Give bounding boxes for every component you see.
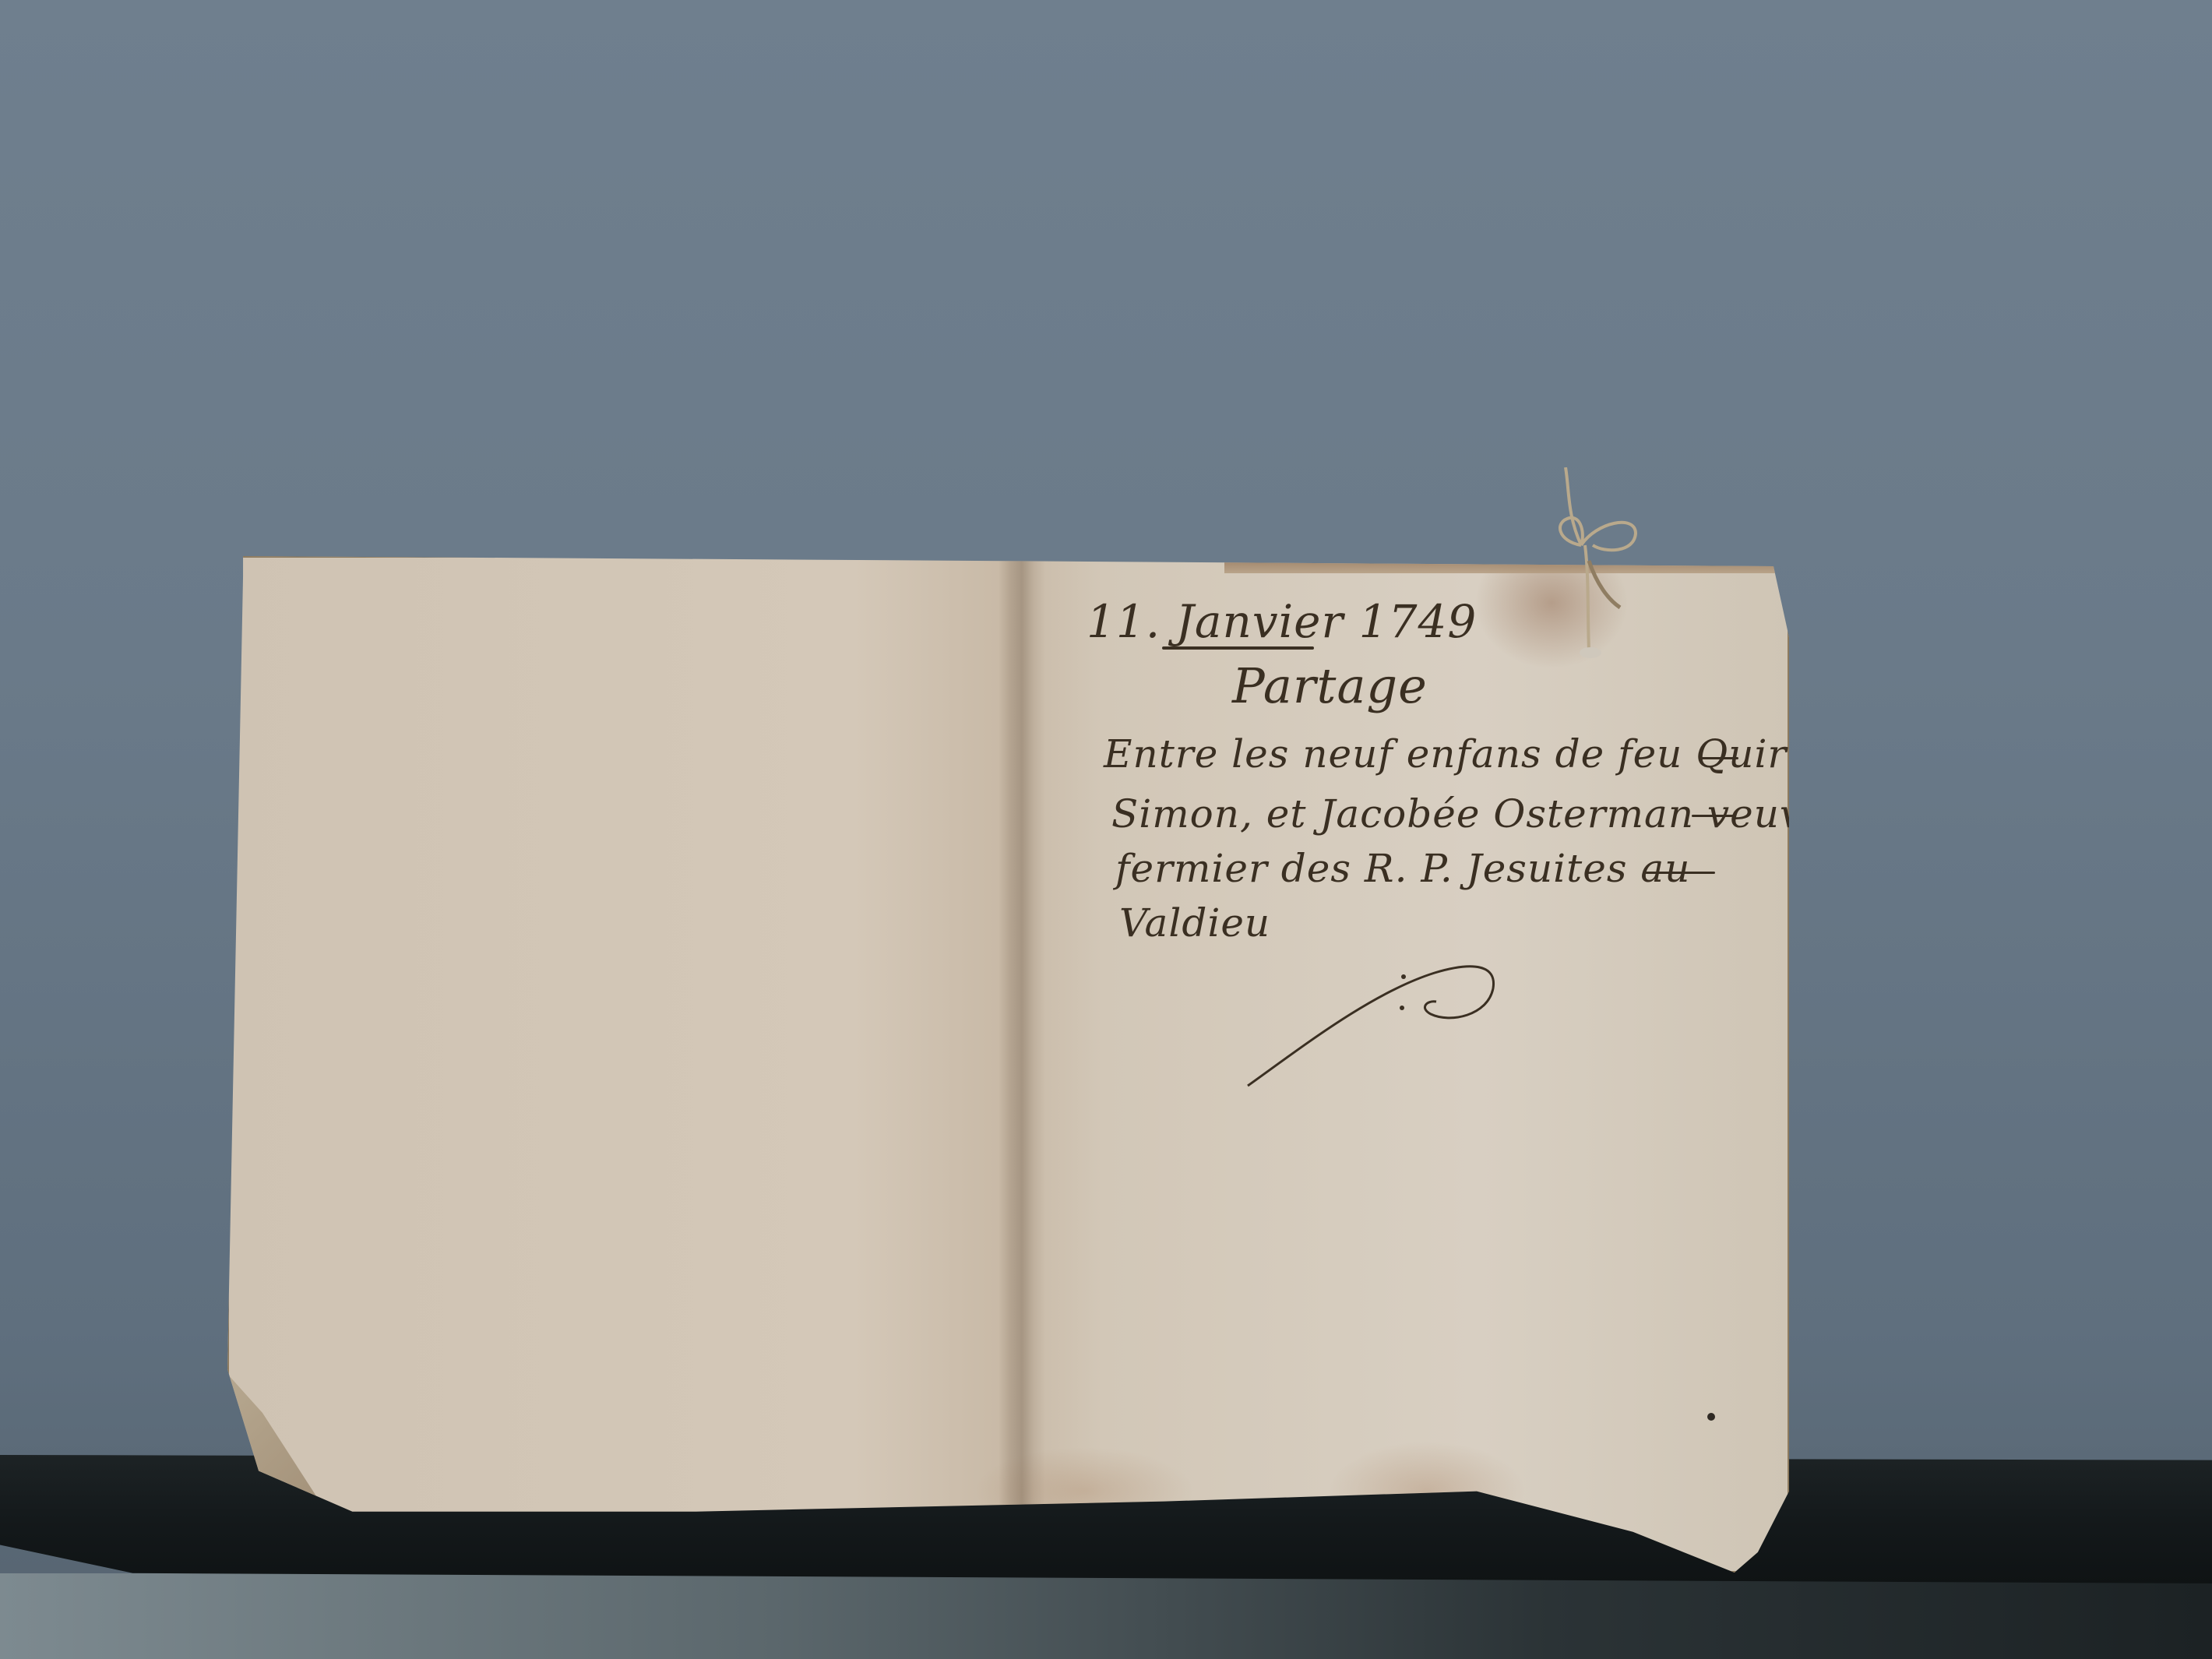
body-line-3: fermier des R. P. Jesuites au — [1115, 846, 1690, 891]
body-line-2: Simon, et Jacobée Osterman veuve — [1111, 791, 1826, 837]
body-line-4: Valdieu — [1119, 900, 1270, 946]
date-underline — [1162, 646, 1314, 650]
manuscript-document: 11. Janvier 1749 Partage Entre les neuf … — [227, 556, 1789, 1573]
ink-spot — [1707, 1413, 1715, 1421]
line-end-dash — [1645, 872, 1715, 874]
document-title: Partage — [1232, 657, 1428, 714]
paraph-signature-icon — [1240, 946, 1505, 1094]
floor-surface — [0, 1573, 2212, 1659]
body-line-1: Entre les neuf enfans de feu Quirinus — [1104, 731, 1872, 777]
document-date: 11. Janvier 1749 — [1087, 595, 1477, 648]
line-end-dash — [1692, 815, 1735, 817]
line-end-dash — [1700, 757, 1738, 759]
left-page-blank — [227, 556, 1013, 1573]
string-tie-icon — [1550, 467, 1659, 662]
